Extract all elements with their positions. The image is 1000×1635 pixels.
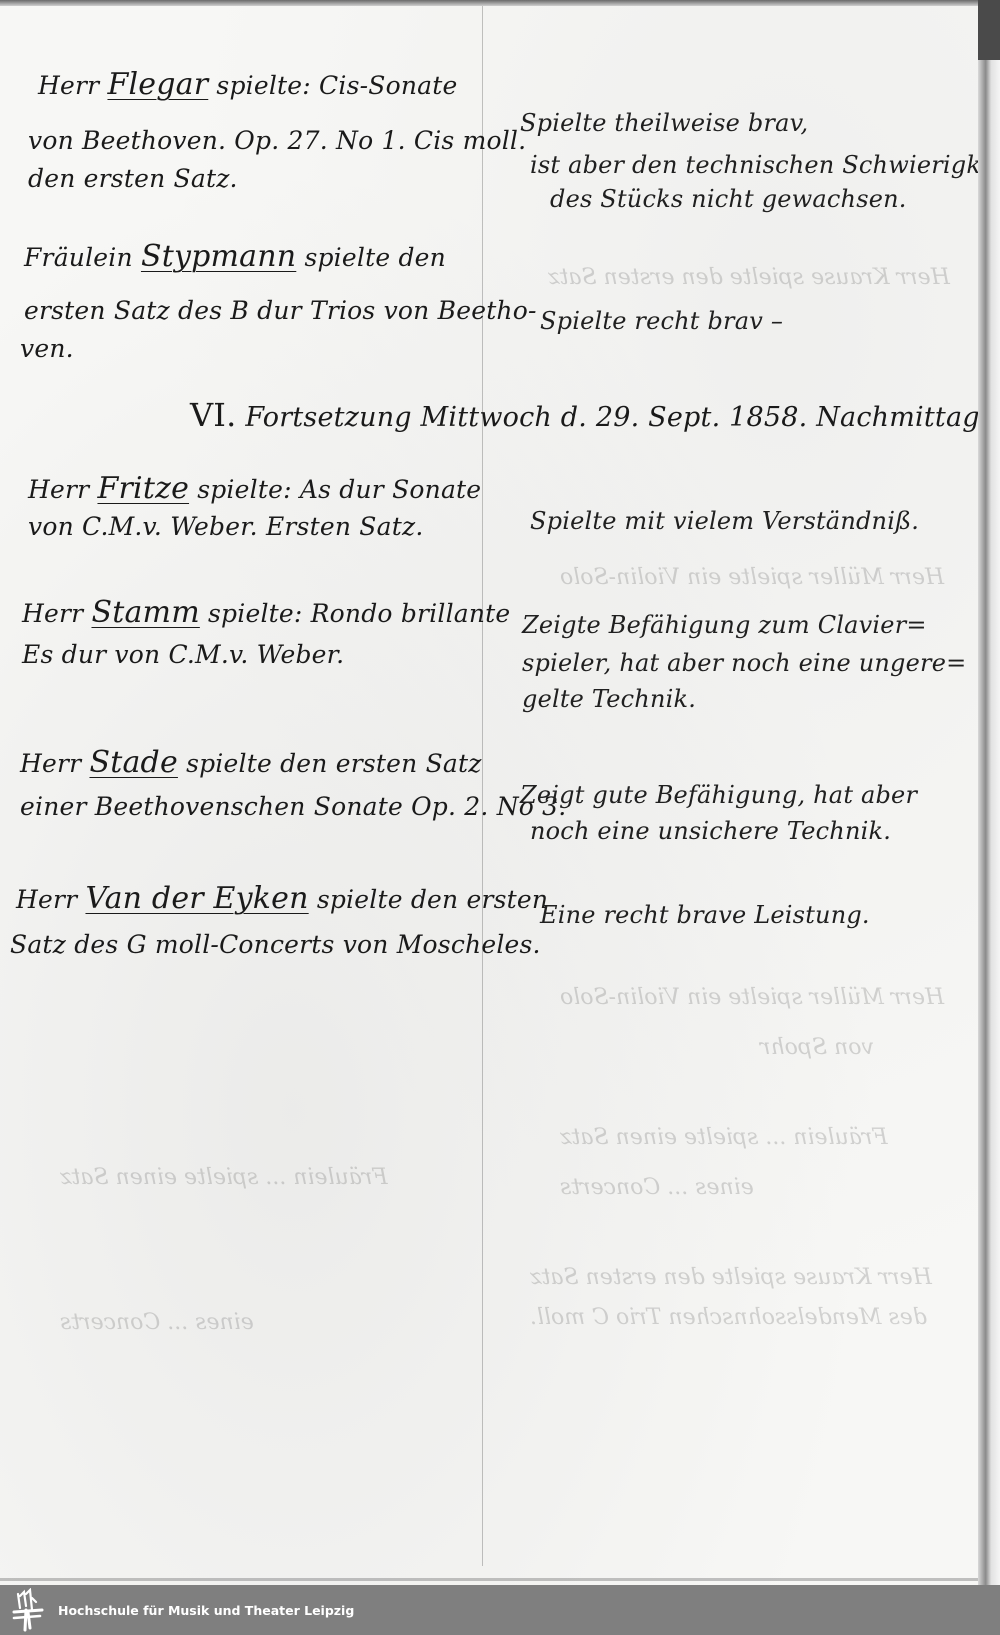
bleed-through-text: Fräulein ... spielte einen Satz <box>560 1121 888 1155</box>
session-heading: VI. Fortsetzung Mittwoch d. 29. Sept. 18… <box>190 398 1000 435</box>
performance-text: Satz des G moll-Concerts von Moscheles. <box>10 928 541 962</box>
examiner-remark: Zeigt gute Befähigung, hat aber <box>520 778 917 812</box>
performer-name: Stade <box>89 745 177 780</box>
performer-title: Herr <box>38 71 99 100</box>
examiner-remark: spieler, hat aber noch eine ungere= <box>522 646 966 680</box>
session-number: VI. <box>190 396 237 434</box>
institution-name: Hochschule für Musik und Theater Leipzig <box>58 1603 354 1618</box>
performance-text: spielte den ersten Satz <box>186 749 482 778</box>
institution-footer: Hochschule für Musik und Theater Leipzig <box>0 1585 1000 1635</box>
performer-title: Herr <box>20 749 81 778</box>
entry-performer-line: Herr Flegar spielte: Cis-Sonate <box>38 68 457 103</box>
performance-text: von Beethoven. Op. 27. No 1. Cis moll. <box>28 124 526 158</box>
performance-text: einer Beethovenschen Sonate Op. 2. No 3. <box>20 790 566 824</box>
bleed-through-text: Fräulein ... spielte einen Satz <box>60 1161 388 1195</box>
performer-name: Van der Eyken <box>85 881 308 916</box>
examiner-remark: gelte Technik. <box>522 682 696 716</box>
bleed-through-text: von Spohr <box>760 1031 874 1065</box>
performer-name: Stypmann <box>141 239 296 274</box>
examiner-remark: Spielte mit vielem Verständniß. <box>530 504 919 538</box>
manuscript-page: Herr Krause spielte den ersten Satz Herr… <box>0 6 978 1585</box>
page-bottom-edge <box>0 1578 978 1581</box>
performance-text: spielte: Rondo brillante <box>208 599 510 628</box>
performance-text: ven. <box>20 332 74 366</box>
entry-performer-line: Fräulein Stypmann spielte den <box>24 240 446 275</box>
bleed-through-text: Herr Krause spielte den ersten Satz <box>548 261 950 295</box>
bleed-through-text: Herr Krause spielte den ersten Satz <box>530 1261 932 1295</box>
bleed-through-text: Herr Müller spielte ein Violin-Solo <box>560 561 944 595</box>
bleed-through-text: eines ... Concerts <box>60 1306 254 1340</box>
scan-right-edge-corner <box>978 0 1000 60</box>
examiner-remark: Zeigte Befähigung zum Clavier= <box>522 608 927 642</box>
hmt-leipzig-logo-icon <box>10 1588 46 1632</box>
performer-name: Stamm <box>91 595 199 630</box>
column-divider <box>482 6 483 1566</box>
performance-text: spielte: As dur Sonate <box>197 475 481 504</box>
bleed-through-text: des Mendelssohnschen Trio C moll. <box>530 1301 927 1335</box>
performer-title: Herr <box>22 599 83 628</box>
performer-name: Fritze <box>97 471 189 506</box>
examiner-remark: Spielte theilweise brav, <box>520 106 808 140</box>
examiner-remark: des Stücks nicht gewachsen. <box>550 182 907 216</box>
performer-name: Flegar <box>107 67 208 102</box>
performer-title: Herr <box>16 885 77 914</box>
performance-text: von C.M.v. Weber. Ersten Satz. <box>28 510 423 544</box>
manuscript-scan: Herr Krause spielte den ersten Satz Herr… <box>0 0 1000 1585</box>
examiner-remark: Spielte recht brav – <box>540 304 783 338</box>
entry-performer-line: Herr Stamm spielte: Rondo brillante <box>22 596 510 631</box>
performance-text: spielte: Cis-Sonate <box>216 71 457 100</box>
session-date: Fortsetzung Mittwoch d. 29. Sept. 1858. … <box>245 402 1000 433</box>
performance-text: ersten Satz des B dur Trios von Beetho- <box>24 294 537 328</box>
bleed-through-text: eines ... Concerts <box>560 1171 754 1205</box>
performance-text: spielte den <box>304 243 446 272</box>
examiner-remark: ist aber den technischen Schwierigkeiten <box>530 148 1000 182</box>
bleed-through-text: Herr Müller spielte ein Violin-Solo <box>560 981 944 1015</box>
performer-title: Herr <box>28 475 89 504</box>
scan-right-edge <box>978 0 1000 1585</box>
entry-performer-line: Herr Fritze spielte: As dur Sonate <box>28 472 481 507</box>
performance-text: spielte den ersten <box>317 885 548 914</box>
document-viewer: Herr Krause spielte den ersten Satz Herr… <box>0 0 1000 1635</box>
examiner-remark: Eine recht brave Leistung. <box>540 898 870 932</box>
performer-title: Fräulein <box>24 243 133 272</box>
performance-text: den ersten Satz. <box>28 162 238 196</box>
examiner-remark: noch eine unsichere Technik. <box>530 814 891 848</box>
performance-text: Es dur von C.M.v. Weber. <box>22 638 344 672</box>
entry-performer-line: Herr Stade spielte den ersten Satz <box>20 746 482 781</box>
entry-performer-line: Herr Van der Eyken spielte den ersten <box>16 882 548 917</box>
